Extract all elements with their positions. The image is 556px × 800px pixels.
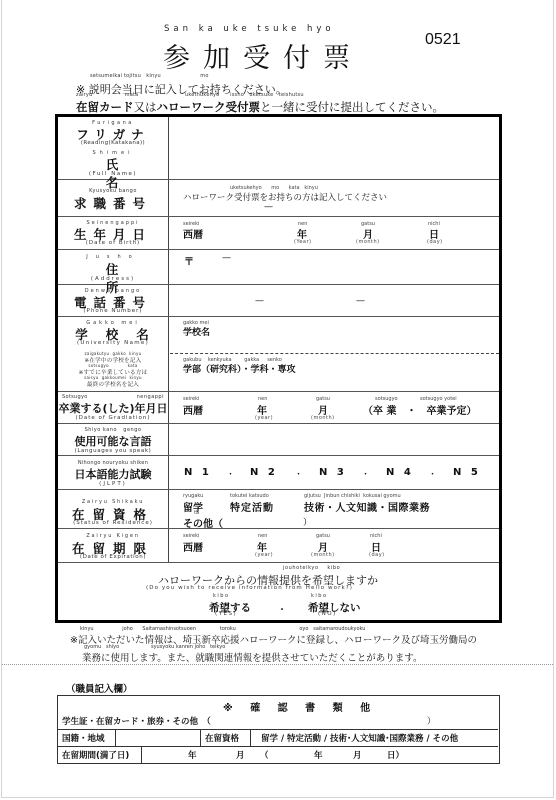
address-input[interactable]: 〒 —	[170, 250, 499, 284]
residence-status-options: ryugaku 留学 tokutei katsudo 特定活動 gijutsu …	[170, 490, 499, 528]
school-row: Gakko mei 学校名 (University Name) zaigakut…	[58, 317, 499, 392]
jlpt-separator: ・	[361, 467, 370, 480]
grad-year-en: (year)	[255, 415, 273, 421]
department-label: 学部（研究科）・学科・専攻	[183, 362, 296, 375]
graduation-date-en: (Date of Gradiation)	[58, 415, 168, 421]
residence-status-label-cell: Zairyu Shikaku 在留資格 (Status of Residence…	[58, 490, 169, 528]
confirm-docs-row: ※ 確 認 書 類 他 学生証・在留カード・旅券・その他 （ ）	[58, 696, 498, 730]
info-provision-row: jouhoteikyo kibo ハローワークからの情報提供を希望しますか (D…	[58, 563, 499, 620]
jlpt-separator: ・	[294, 467, 303, 480]
jlpt-separator: ・	[428, 467, 437, 480]
name-label-cell: Furigana フリガナ (Reading(Katakana)) Shimei…	[58, 117, 169, 179]
job-seeker-number-label: 求職番号	[58, 194, 168, 212]
status-option-gijutsu[interactable]: 技術・人文知識・国際業務	[304, 499, 430, 514]
jlpt-label: 日本語能力試験	[58, 466, 168, 482]
residence-expiry-row: Zairyu Kigen 在留期限 (Date of Expiration) s…	[58, 529, 499, 563]
languages-input[interactable]	[170, 424, 499, 455]
jlpt-option-n1[interactable]: N 1	[184, 467, 212, 478]
grad-month-en: (month)	[311, 415, 335, 421]
school-note-3: 最終の学校名を記入	[58, 380, 168, 388]
yes-ruby: kibo	[213, 594, 230, 599]
cut-line-divider	[2, 664, 553, 665]
jlpt-options: N 1 ・ N 2 ・ N 3 ・ N 4 ・ N 5	[170, 456, 499, 489]
phone-dash-1: —	[255, 296, 264, 306]
confirm-docs-line: 学生証・在留カード・旅券・その他 （	[62, 715, 211, 727]
jlpt-option-n4[interactable]: N 4	[386, 467, 414, 478]
job-seeker-dash: —	[264, 202, 273, 212]
school-label-cell: Gakko mei 学校名 (University Name) zaigakut…	[58, 317, 169, 391]
graduation-date-label-cell: Sotsugyo nengappi 卒業する(した)年月日 (Date of G…	[58, 392, 169, 423]
era-label: 西暦	[183, 226, 203, 241]
status-other-close: ）	[303, 515, 312, 528]
phone-row: Denwa bango 電話番号 (Phone Number) — —	[58, 285, 499, 317]
languages-en: (Languages you speak)	[58, 448, 168, 454]
period-month: 月	[236, 749, 245, 761]
furigana-en: (Reading(Katakana))	[58, 140, 168, 146]
job-seeker-number-row: Kyusyoku bango 求職番号 uketsukehyo mo kata …	[58, 180, 499, 217]
graduation-date-row: Sotsugyo nengappi 卒業する(した)年月日 (Date of G…	[58, 392, 499, 424]
month-en: (month)	[356, 239, 380, 245]
confirm-docs-close: ）	[427, 715, 436, 727]
no-ruby: kibo	[311, 594, 328, 599]
page-title: 参加受付票	[163, 36, 363, 75]
exp-year-en: (year)	[255, 552, 273, 558]
graduation-status-choice[interactable]: （卒 業 ・ 卒業予定）	[363, 402, 476, 417]
birth-date-en: (Date of Birth)	[58, 240, 168, 246]
residence-expiry-label-cell: Zairyu Kigen 在留期限 (Date of Expiration)	[58, 529, 169, 562]
info-question-ruby: jouhoteikyo kibo	[283, 566, 340, 571]
year-en: (Year)	[294, 239, 312, 245]
jlpt-option-n5[interactable]: N 5	[453, 467, 481, 478]
staff-entry-table: ※ 確 認 書 類 他 学生証・在留カード・旅券・その他 （ ） 国籍・地域 在…	[57, 695, 500, 764]
phone-dash-2: —	[356, 296, 365, 306]
period-month-2: 月	[353, 749, 362, 761]
exp-month-en: (month)	[311, 552, 335, 558]
nationality-input[interactable]	[116, 730, 201, 746]
yes-no-separator: ・	[277, 601, 287, 616]
name-row: Furigana フリガナ (Reading(Katakana)) Shimei…	[58, 117, 499, 180]
receipt-slip-text: ハローワーク受付票	[157, 100, 261, 114]
status-option-ryugaku[interactable]: 留学	[183, 499, 203, 514]
birth-date-label-cell: Seinengappi 生年月日 (Date of Birth)	[58, 217, 169, 249]
note2-ruby: zairyu mata ukethukehyo issho uketsuke t…	[76, 93, 304, 98]
form-number: 0521	[425, 31, 461, 49]
jlpt-separator: ・	[226, 467, 235, 480]
jlpt-row: Nihongo nouryoku shiken 日本語能力試験 (JLPT) N…	[58, 456, 499, 490]
info-question-en: (Do you wish to receive information from…	[146, 586, 353, 592]
confirm-docs-heading: ※ 確 認 書 類 他	[223, 699, 377, 714]
birth-date-input[interactable]: seireki 西暦 nen 年 (Year) gatsu 月 (month) …	[170, 217, 499, 249]
period-year: 年	[188, 749, 197, 761]
residence-expiry-input[interactable]: seireki 西暦 nen 年 (year) gatsu 月 (month) …	[170, 529, 499, 562]
jlpt-option-n2[interactable]: N 2	[250, 467, 278, 478]
jlpt-option-n3[interactable]: N 3	[319, 467, 347, 478]
languages-label-cell: Shiyo kano gengo 使用可能な言語 (Languages you …	[58, 424, 169, 455]
staff-section-title: （職員記入欄）	[66, 681, 133, 695]
residence-expiry-en: (Date of Expiration)	[58, 554, 168, 560]
status-option-other[interactable]: その他（	[183, 515, 223, 530]
residence-status-en: (Status of Residence)	[58, 520, 168, 526]
yes-en: (YES)	[215, 612, 237, 618]
period-row: 在留期間(満了日) 年 月 （ 年 月 日）	[58, 747, 498, 763]
footnote-line-2: 業務に使用します。また、就職関連情報を提供させていただくことがあります。	[82, 650, 422, 664]
name-en: (Full Name)	[58, 171, 168, 177]
job-seeker-number-label-cell: Kyusyoku bango 求職番号	[58, 180, 169, 216]
no-en: (NO)	[318, 612, 337, 618]
title-ruby: San ka uke tsuke hyo	[164, 24, 335, 34]
school-name-input[interactable]: gakko mei 学校名	[170, 317, 499, 353]
languages-row: Shiyo kano gengo 使用可能な言語 (Languages you …	[58, 424, 499, 456]
phone-en: (Phone Number)	[58, 308, 168, 314]
period-open: （	[260, 749, 269, 761]
confirm-docs-other-input[interactable]	[244, 713, 422, 727]
postal-mark: 〒	[184, 253, 194, 268]
department-input[interactable]: gakubu kenkyuka gakka senko 学部（研究科）・学科・専…	[170, 354, 499, 392]
note2-connector: 又は	[134, 100, 157, 114]
status-option-tokutei[interactable]: 特定活動	[230, 499, 274, 514]
grad-era-label: 西暦	[183, 402, 203, 417]
languages-label: 使用可能な言語	[58, 433, 168, 449]
nationality-row: 国籍・地域 在留資格 留学 / 特定活動 / 技術･人文知識･国際業務 / その…	[58, 730, 498, 747]
period-year-2: 年	[314, 749, 323, 761]
phone-label-cell: Denwa bango 電話番号 (Phone Number)	[58, 285, 169, 316]
address-en: (Address)	[58, 276, 168, 282]
address-row: Jusho 住 所 (Address) 〒 —	[58, 250, 499, 285]
phone-input[interactable]: — —	[170, 285, 499, 316]
jlpt-label-cell: Nihongo nouryoku shiken 日本語能力試験 (JLPT)	[58, 456, 169, 489]
residence-status-row: Zairyu Shikaku 在留資格 (Status of Residence…	[58, 490, 499, 529]
school-en: (University Name)	[58, 340, 168, 346]
graduation-date-input[interactable]: seireki 西暦 nen 年 (year) gatsu 月 (month) …	[170, 392, 499, 423]
note1-ruby: setsumeikai tojitsu kinyu mo	[90, 74, 209, 79]
period-day-2: 日）	[387, 749, 404, 761]
address-label-cell: Jusho 住 所 (Address)	[58, 250, 169, 284]
school-field-label: 学校名	[183, 325, 210, 338]
nationality-label: 国籍・地域	[58, 730, 116, 746]
registration-form-table: Furigana フリガナ (Reading(Katakana)) Shimei…	[55, 114, 502, 623]
period-input[interactable]: 年 月 （ 年 月 日）	[142, 747, 498, 763]
exp-day-en: (day)	[369, 552, 385, 558]
period-label: 在留期間(満了日)	[58, 747, 142, 763]
instruction-note-2: 在留カード又はハローワーク受付票と一緒に受付に提出してください。	[76, 99, 444, 115]
exp-era-label: 西暦	[183, 539, 203, 554]
note2-rest: と一緒に受付に提出してください。	[260, 100, 444, 114]
birth-date-row: Seinengappi 生年月日 (Date of Birth) seireki…	[58, 217, 499, 250]
postal-dash: —	[222, 253, 231, 263]
staff-status-options[interactable]: 留学 / 特定活動 / 技術･人文知識･国際業務 / その他	[251, 730, 498, 746]
job-seeker-number-input[interactable]: uketsukehyo mo kata kinyu ハローワーク受付票をお持ちの…	[170, 180, 499, 216]
job-seeker-hint: ハローワーク受付票をお持ちの方は記入してください	[183, 191, 387, 203]
staff-status-label: 在留資格	[201, 730, 251, 746]
jlpt-en: (JLPT)	[58, 481, 168, 487]
day-en: (day)	[427, 239, 443, 245]
graduation-date-label: 卒業する(した)年月日	[58, 400, 168, 416]
residence-card-text: 在留カード	[76, 100, 134, 114]
name-input[interactable]	[170, 117, 499, 179]
